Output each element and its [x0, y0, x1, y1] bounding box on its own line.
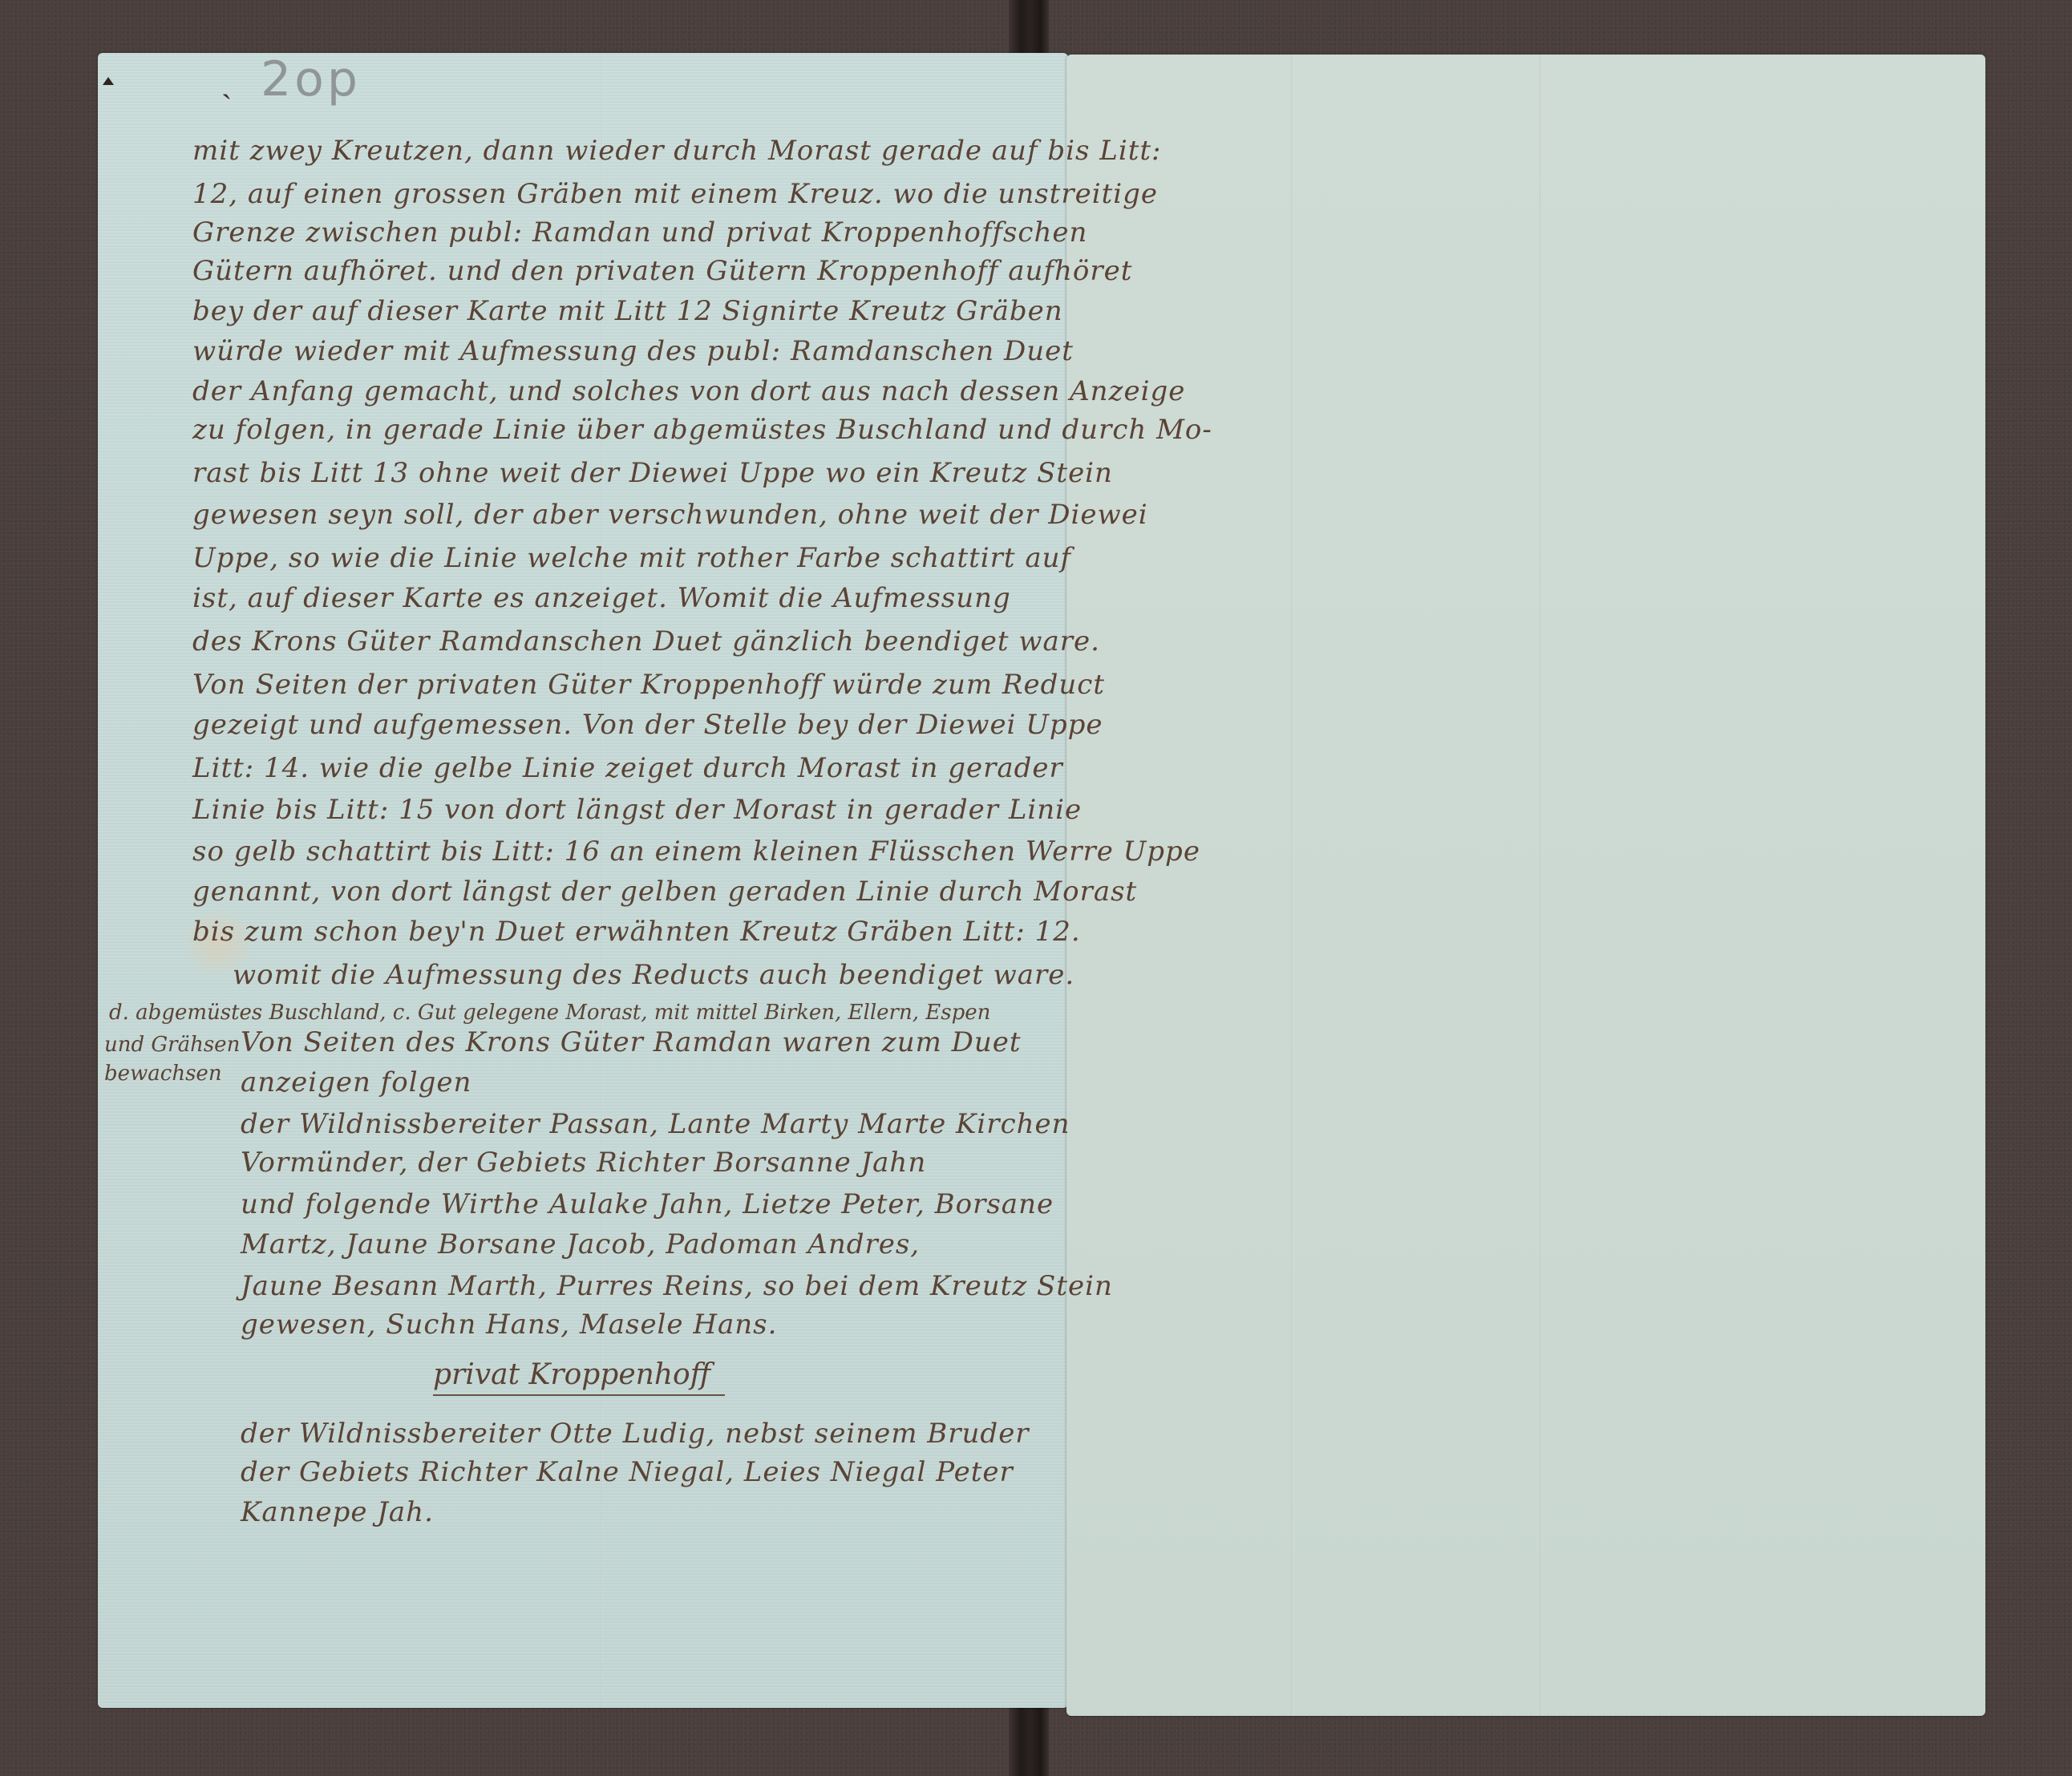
text-line: bey der auf dieser Karte mit Litt 12 Sig…	[192, 295, 1063, 327]
page-fold	[1291, 55, 1293, 1716]
text-line: Linie bis Litt: 15 von dort längst der M…	[192, 794, 1082, 826]
text-line: Gütern aufhöret. und den privaten Gütern…	[192, 255, 1132, 287]
text-line: mit zwey Kreutzen, dann wieder durch Mor…	[192, 135, 1161, 167]
text-line: genannt, von dort längst der gelben gera…	[192, 876, 1137, 908]
witness-line: Kannepe Jah.	[241, 1496, 434, 1528]
text-line: Grenze zwischen publ: Ramdan und privat …	[192, 216, 1087, 249]
text-line: würde wieder mit Aufmessung des publ: Ra…	[192, 335, 1074, 367]
section-heading: privat Kroppenhoff	[433, 1358, 725, 1396]
witness-line: gewesen, Suchn Hans, Masele Hans.	[241, 1309, 777, 1341]
text-line: der Anfang gemacht, und solches von dort…	[192, 375, 1185, 407]
text-line: gewesen seyn soll, der aber verschwunden…	[192, 499, 1148, 531]
margin-note-line: bewachsen	[104, 1062, 222, 1086]
text-line: womit die Aufmessung des Reducts auch be…	[233, 959, 1074, 991]
text-line: zu folgen, in gerade Linie über abgemüst…	[192, 414, 1212, 446]
text-line: bis zum schon bey'n Duet erwähnten Kreut…	[192, 916, 1081, 948]
witness-line: der Wildnissbereiter Otte Ludig, nebst s…	[241, 1418, 1030, 1450]
text-line: 12, auf einen grossen Gräben mit einem K…	[192, 178, 1158, 210]
witness-line: Martz, Jaune Borsane Jacob, Padoman Andr…	[241, 1228, 920, 1260]
text-line: gezeigt und aufgemessen. Von der Stelle …	[192, 709, 1103, 741]
text-line: des Krons Güter Ramdanschen Duet gänzlic…	[192, 625, 1100, 657]
text-line: ist, auf dieser Karte es anzeiget. Womit…	[192, 582, 1011, 614]
text-line: Litt: 14. wie die gelbe Linie zeiget dur…	[192, 752, 1063, 784]
text-line: so gelb schattirt bis Litt: 16 an einem …	[192, 835, 1200, 868]
witness-line: der Gebiets Richter Kalne Niegal, Leies …	[241, 1456, 1014, 1488]
text-line: Uppe, so wie die Linie welche mit rother…	[192, 542, 1071, 574]
right-page	[1066, 55, 1985, 1716]
margin-note-line: d. abgemüstes Buschland, c. Gut gelegene…	[109, 1001, 990, 1025]
folio-number: 2op	[261, 51, 361, 107]
tick-mark: ˏ	[221, 63, 232, 100]
text-line: Von Seiten der privaten Güter Kroppenhof…	[192, 669, 1105, 701]
witness-line: und folgende Wirthe Aulake Jahn, Lietze …	[241, 1188, 1054, 1220]
text-line: Von Seiten des Krons Güter Ramdan waren …	[241, 1026, 1022, 1058]
text-line: rast bis Litt 13 ohne weit der Diewei Up…	[192, 457, 1113, 489]
margin-note-line: und Grähsen	[104, 1033, 240, 1057]
text-line: anzeigen folgen	[241, 1066, 471, 1098]
page-fold	[1540, 55, 1542, 1716]
witness-line: Jaune Besann Marth, Purres Reins, so bei…	[241, 1270, 1113, 1302]
witness-line: Vormünder, der Gebiets Richter Borsanne …	[241, 1147, 926, 1179]
witness-line: der Wildnissbereiter Passan, Lante Marty…	[241, 1108, 1070, 1140]
corner-mark	[103, 77, 114, 85]
